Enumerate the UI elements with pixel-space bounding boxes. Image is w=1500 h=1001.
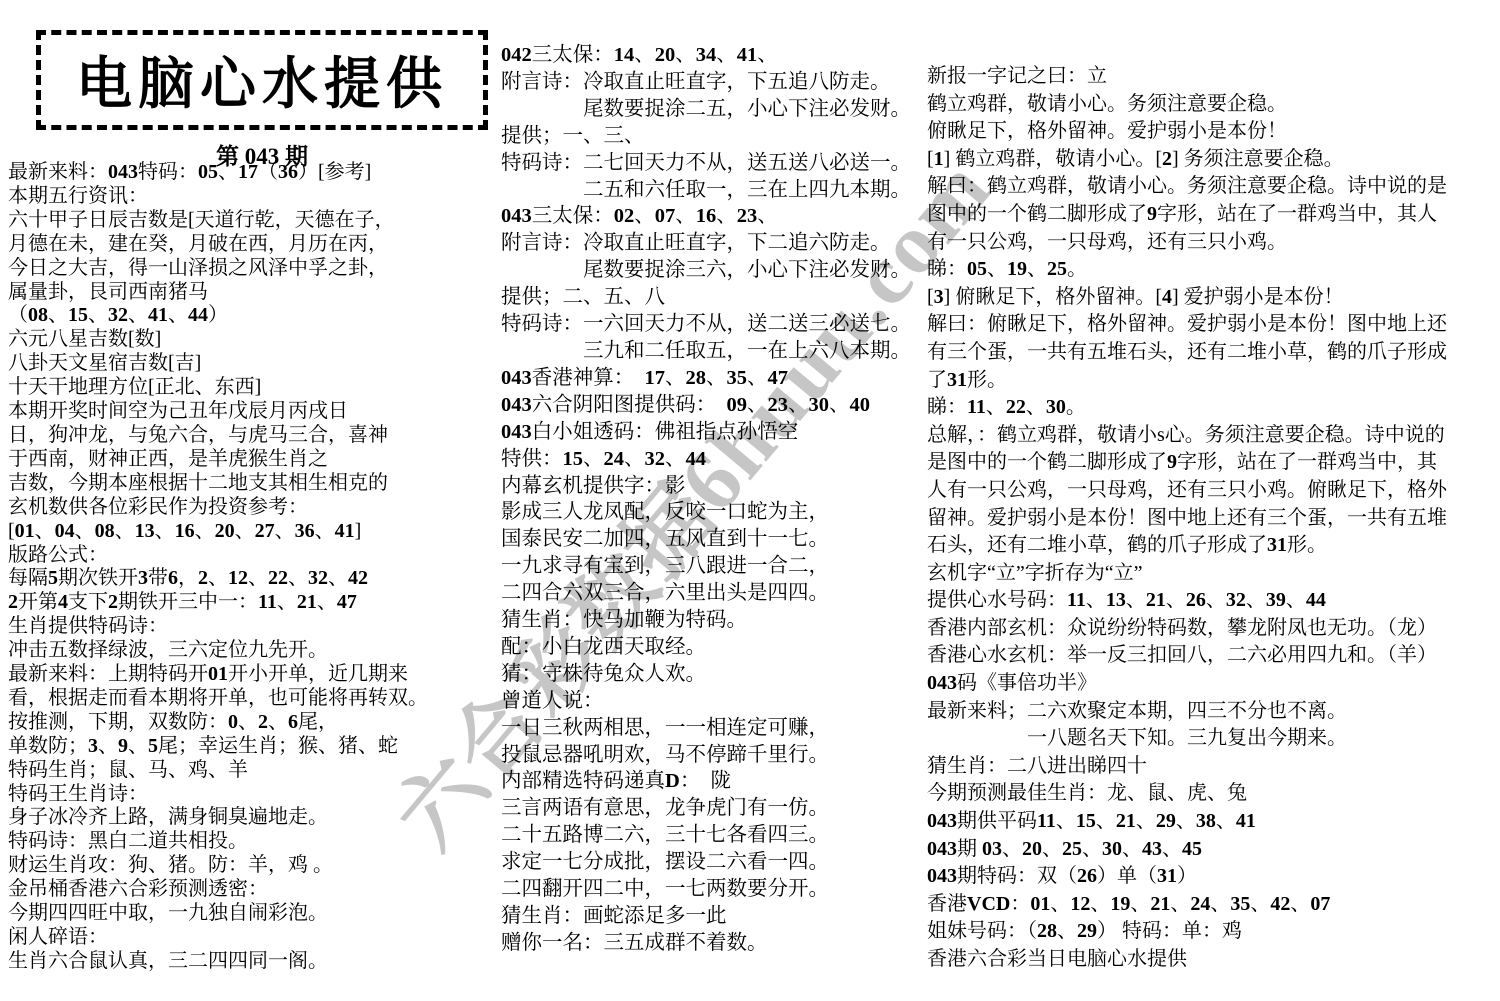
text-line: 二十五路博二六，三十七各看四三。 xyxy=(501,822,939,849)
text-line: 本期开奖时间空为己丑年戊辰月丙戌日 xyxy=(8,400,486,424)
text-line: 生肖六合鼠认真，三二四四同一阁。 xyxy=(8,950,486,974)
text-line: 猜生肖：快马加鞭为特码。 xyxy=(501,607,939,634)
text-line: 043香港神算： 17、28、35、47 xyxy=(501,365,939,392)
text-line: 香港内部玄机：众说纷纷特码数，攀龙附凤也无功。（龙） xyxy=(927,615,1487,643)
text-line: 三言两语有意思，龙争虎门有一仿。 xyxy=(501,795,939,822)
text-line: 石头，还有二堆小草，鹤的爪子形成了31形。 xyxy=(927,532,1487,560)
text-line: 六元八星吉数[数] xyxy=(8,328,486,352)
text-line: 本期五行资讯： xyxy=(8,185,486,209)
text-line: 有一只公鸡，一只母鸡，还有三只小鸡。 xyxy=(927,229,1487,257)
text-line: 睇：11、22、30。 xyxy=(927,394,1487,422)
text-line: 最新来料；二六欢聚定本期，四三不分也不离。 xyxy=(927,698,1487,726)
text-line: 睇：05、19、25。 xyxy=(927,256,1487,284)
text-line: 尾数要捉涂二五，小心下注必发财。 xyxy=(501,96,939,123)
text-line: 香港心水玄机：举一反三扣回八，二六必用四九和。（羊） xyxy=(927,642,1487,670)
text-line: 闲人碎语： xyxy=(8,926,486,950)
text-line: 附言诗：冷取直止旺直字，下二追六防走。 xyxy=(501,230,939,257)
text-line: 香港六合彩当日电脑心水提供 xyxy=(927,946,1487,974)
text-line: 新报一字记之曰：立 xyxy=(927,63,1487,91)
middle-column: 042三太保：14、20、34、41、附言诗：冷取直止旺直字，下五追八防走。 尾… xyxy=(501,42,939,957)
text-line: 有三个蛋，一共有五堆石头，还有二堆小草，鹤的爪子形成 xyxy=(927,339,1487,367)
text-line: 版路公式： xyxy=(8,544,486,568)
text-line: 042三太保：14、20、34、41、 xyxy=(501,42,939,69)
text-line: 属量卦，艮司西南猪马 xyxy=(8,281,486,305)
text-line: 月德在未，建在癸，月破在西，月历在丙， xyxy=(8,233,486,257)
text-line: [1] 鹤立鸡群，敬请小心。[2] 务须注意要企稳。 xyxy=(927,146,1487,174)
text-line: 提供；二、五、八 xyxy=(501,284,939,311)
text-line: 国泰民安二加四，五风直到十一七。 xyxy=(501,526,939,553)
text-line: 今期预测最佳生肖：龙、鼠、虎、兔 xyxy=(927,780,1487,808)
text-line: 吉数，今期本座根据十二地支其相生相克的 xyxy=(8,472,486,496)
text-line: 图中的一个鹤二脚形成了9字形，站在了一群鸡当中，其人 xyxy=(927,201,1487,229)
text-line: 姐妹号码：（28、29） 特码：单：鸡 xyxy=(927,918,1487,946)
text-line: 最新来料：043特码：05、17（36）[参考] xyxy=(8,161,486,185)
text-line: 看，根据走而看本期将开单，也可能将再转双。 xyxy=(8,687,486,711)
text-line: [3] 俯瞅足下，格外留神。[4] 爱护弱小是本份！ xyxy=(927,284,1487,312)
text-line: 解曰：俯瞅足下，格外留神。爱护弱小是本份！图中地上还 xyxy=(927,311,1487,339)
text-line: 猜：守株待兔众人欢。 xyxy=(501,661,939,688)
text-line: 特码诗：一六回天力不从，送二送三必送七。 xyxy=(501,311,939,338)
page-title: 电脑心水提供 xyxy=(76,40,448,120)
text-line: 投鼠忌器吼明欢，马不停蹄千里行。 xyxy=(501,742,939,769)
right-column: 新报一字记之曰：立鹤立鸡群，敬请小心。务须注意要企稳。俯瞅足下，格外留神。爱护弱… xyxy=(927,63,1487,974)
text-line: 最新来料：上期特码开01开小开单，近几期来 xyxy=(8,663,486,687)
text-line: 二四合六双三合，六里出头是四四。 xyxy=(501,580,939,607)
text-line: 按推测，下期，双数防：0、2、6尾， xyxy=(8,711,486,735)
text-line: 猜生肖：画蛇添足多一此 xyxy=(501,903,939,930)
text-line: 金吊桶香港六合彩预测透密： xyxy=(8,878,486,902)
text-line: 香港VCD：01、12、19、21、24、35、42、07 xyxy=(927,891,1487,919)
text-line: 十天干地理方位[正北、东西] xyxy=(8,376,486,400)
text-line: 一九求寻有宝到，三八跟进一合二， xyxy=(501,553,939,580)
text-line: 2开第4支下2期铁开三中一：11、21、47 xyxy=(8,591,486,615)
text-line: 影成三人龙凤配，反咬一口蛇为主， xyxy=(501,499,939,526)
text-line: 鹤立鸡群，敬请小心。务须注意要企稳。 xyxy=(927,91,1487,119)
text-line: 特码诗：黑白二道共相投。 xyxy=(8,830,486,854)
text-line: 特码诗：二七回天力不从，送五送八必送一。 xyxy=(501,150,939,177)
text-line: 三九和二任取五，一在上六八本期。 xyxy=(501,338,939,365)
text-line: 冲击五数择绿波，三六定位九先开。 xyxy=(8,639,486,663)
text-line: 二四翻开四二中，一七两数要分开。 xyxy=(501,876,939,903)
text-line: 今期四四旺中取，一九独自闹彩泡。 xyxy=(8,902,486,926)
text-line: 一八题名天下知。三九复出今期来。 xyxy=(927,725,1487,753)
text-line: 043三太保：02、07、16、23、 xyxy=(501,203,939,230)
text-line: 八卦天文星宿吉数[吉] xyxy=(8,352,486,376)
text-line: 043白小姐透码：佛祖指点孙悟空 xyxy=(501,419,939,446)
text-line: 特码生肖；鼠、马、鸡、羊 xyxy=(8,759,486,783)
text-line: 玄机字“立”字折存为“立” xyxy=(927,560,1487,588)
text-line: 附言诗：冷取直止旺直字，下五追八防走。 xyxy=(501,69,939,96)
text-line: 今日之大吉，得一山泽损之风泽中孚之卦， xyxy=(8,257,486,281)
text-line: 每隔5期次铁开3带6，2、12、22、32、42 xyxy=(8,567,486,591)
left-column: 最新来料：043特码：05、17（36）[参考]本期五行资讯：六十甲子日辰吉数是… xyxy=(8,161,486,974)
text-line: 单数防；3、9、5尾；幸运生肖；猴、猪、蛇 xyxy=(8,735,486,759)
text-line: 赠你一名：三五成群不着数。 xyxy=(501,930,939,957)
text-line: 043码《事倍功半》 xyxy=(927,670,1487,698)
text-line: 043六合阴阳图提供码： 09、23、30、40 xyxy=(501,392,939,419)
text-line: 猜生肖：二八进出睇四十 xyxy=(927,753,1487,781)
text-line: （08、15、32、41、44） xyxy=(8,304,486,328)
text-line: 特码王生肖诗： xyxy=(8,783,486,807)
text-line: 生肖提供特码诗： xyxy=(8,615,486,639)
text-line: 了31形。 xyxy=(927,367,1487,395)
text-line: 配：小白龙西天取经。 xyxy=(501,634,939,661)
text-line: 尾数要捉涂三六，小心下注必发财。 xyxy=(501,257,939,284)
text-line: 总解，：鹤立鸡群，敬请小s心。务须注意要企稳。诗中说的 xyxy=(927,422,1487,450)
text-line: 曾道人说： xyxy=(501,688,939,715)
text-line: 日，狗冲龙，与兔六合，与虎马三合，喜神 xyxy=(8,424,486,448)
text-line: 俯瞅足下，格外留神。爱护弱小是本份！ xyxy=(927,118,1487,146)
text-line: [01、04、08、13、16、20、27、36、41] xyxy=(8,520,486,544)
text-line: 一日三秋两相思，一一相连定可赚， xyxy=(501,715,939,742)
text-line: 是图中的一个鹤二脚形成了9字形，站在了一群鸡当中，其 xyxy=(927,449,1487,477)
text-line: 内部精选特码递真D： 陇 xyxy=(501,768,939,795)
title-box: 电脑心水提供 xyxy=(36,30,488,130)
text-line: 财运生肖攻：狗、猪。防：羊，鸡 。 xyxy=(8,854,486,878)
text-line: 人有一只公鸡，一只母鸡，还有三只小鸡。俯瞅足下，格外 xyxy=(927,477,1487,505)
text-line: 留神。爱护弱小是本份！图中地上还有三个蛋，一共有五堆 xyxy=(927,505,1487,533)
text-line: 043期供平码11、15、21、29、38、41 xyxy=(927,808,1487,836)
text-line: 二五和六任取一，三在上四九本期。 xyxy=(501,177,939,204)
text-line: 提供；一、三、 xyxy=(501,123,939,150)
text-line: 解曰：鹤立鸡群，敬请小心。务须注意要企稳。诗中说的是 xyxy=(927,173,1487,201)
text-line: 特供：15、24、32、44 xyxy=(501,446,939,473)
text-line: 身子冰冷齐上路，满身铜臭遍地走。 xyxy=(8,806,486,830)
text-line: 求定一七分成批，摆设二六看一四。 xyxy=(501,849,939,876)
text-line: 内幕玄机提供字：影 xyxy=(501,473,939,500)
text-line: 六十甲子日辰吉数是[天道行乾，天德在子， xyxy=(8,209,486,233)
text-line: 提供心水号码：11、13、21、26、32、39、44 xyxy=(927,587,1487,615)
text-line: 043期 03、20、25、30、43、45 xyxy=(927,836,1487,864)
text-line: 于西南，财神正西，是羊虎猴生肖之 xyxy=(8,448,486,472)
text-line: 043期特码：双（26）单（31） xyxy=(927,863,1487,891)
text-line: 玄机数供各位彩民作为投资参考： xyxy=(8,496,486,520)
